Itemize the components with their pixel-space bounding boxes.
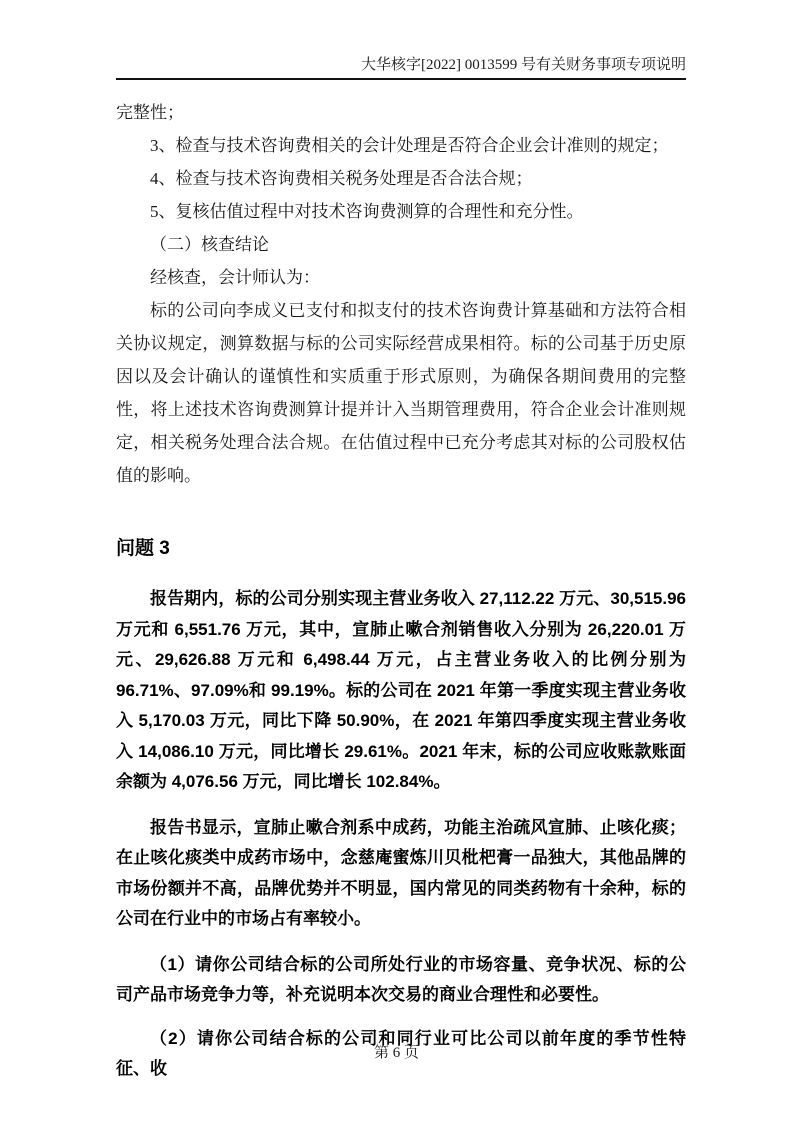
page-header: 大华核字[2022] 0013599 号有关财务事项专项说明	[116, 55, 686, 80]
procedure-item-4: 4、检查与技术咨询费相关税务处理是否合法合规；	[116, 162, 686, 195]
page-footer: 第 6 页	[0, 1041, 793, 1062]
procedure-item-5: 5、复核估值过程中对技术咨询费测算的合理性和充分性。	[116, 195, 686, 228]
question-3-paragraph-revenue: 报告期内，标的公司分别实现主营业务收入 27,112.22 万元、30,515.…	[116, 584, 686, 798]
document-page: 大华核字[2022] 0013599 号有关财务事项专项说明 完整性； 3、检查…	[0, 0, 793, 1122]
paragraph-lead: 经核查，会计师认为：	[116, 261, 686, 294]
subheading-verification-conclusion: （二）核查结论	[116, 228, 686, 261]
question-3-paragraph-market: 报告书显示，宣肺止嗽合剂系中成药，功能主治疏风宣肺、止咳化痰；在止咳化痰类中成药…	[116, 813, 686, 935]
procedure-item-3: 3、检查与技术咨询费相关的会计处理是否符合企业会计准则的规定；	[116, 129, 686, 162]
document-body: 完整性； 3、检查与技术咨询费相关的会计处理是否符合企业会计准则的规定； 4、检…	[116, 96, 686, 1085]
paragraph-conclusion: 标的公司向李成义已支付和拟支付的技术咨询费计算基础和方法符合相关协议规定，测算数…	[116, 294, 686, 492]
question-3-subquestion-1: （1）请你公司结合标的公司所处行业的市场容量、竞争状况、标的公司产品市场竞争力等…	[116, 950, 686, 1011]
paragraph-carryover: 完整性；	[116, 96, 686, 129]
header-title: 大华核字[2022] 0013599 号有关财务事项专项说明	[361, 57, 686, 73]
page-number: 第 6 页	[374, 1045, 419, 1061]
question-3-heading: 问题 3	[116, 534, 686, 564]
